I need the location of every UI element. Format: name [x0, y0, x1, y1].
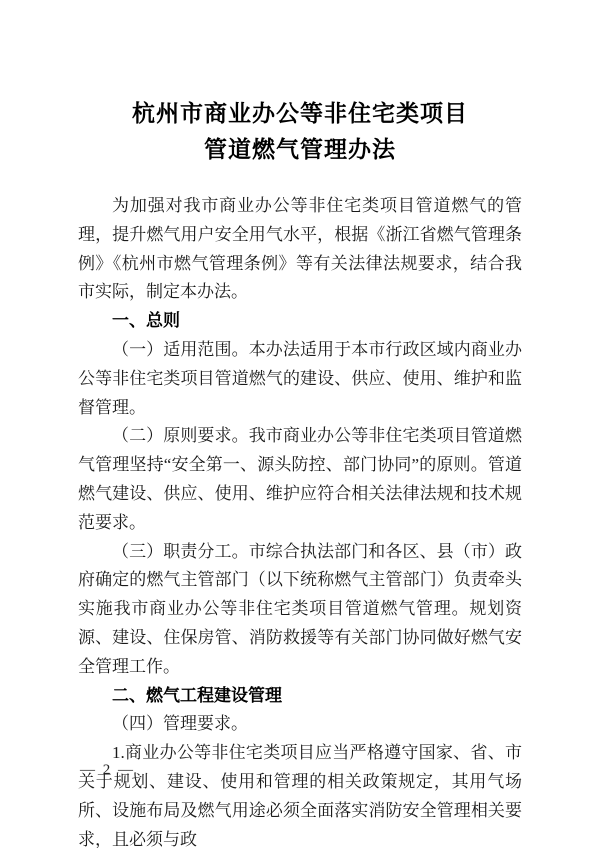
document-body: 为加强对我市商业办公等非住宅类项目管道燃气的管理，提升燃气用户安全用气水平，根据…: [78, 192, 522, 848]
paragraph-item-1: 1.商业办公等非住宅类项目应当严格遵守国家、省、市关于规划、建设、使用和管理的相…: [78, 739, 522, 848]
paragraph-management-requirements: （四）管理要求。: [78, 710, 522, 739]
document-title: 杭州市商业办公等非住宅类项目 管道燃气管理办法: [0, 0, 600, 168]
paragraph-preamble: 为加强对我市商业办公等非住宅类项目管道燃气的管理，提升燃气用户安全用气水平，根据…: [78, 192, 522, 307]
page-number: — 2 —: [80, 762, 135, 779]
section-heading-general-rules: 一、总则: [78, 307, 522, 336]
section-heading-construction-management: 二、燃气工程建设管理: [78, 682, 522, 711]
title-line-2: 管道燃气管理办法: [0, 132, 600, 168]
title-line-1: 杭州市商业办公等非住宅类项目: [0, 96, 600, 132]
paragraph-scope: （一）适用范围。本办法适用于本市行政区域内商业办公等非住宅类项目管道燃气的建设、…: [78, 336, 522, 422]
document-page: 杭州市商业办公等非住宅类项目 管道燃气管理办法 为加强对我市商业办公等非住宅类项…: [0, 0, 600, 848]
paragraph-duty-division: （三）职责分工。市综合执法部门和各区、县（市）政府确定的燃气主管部门（以下统称燃…: [78, 538, 522, 682]
paragraph-principles: （二）原则要求。我市商业办公等非住宅类项目管道燃气管理坚持“安全第一、源头防控、…: [78, 422, 522, 537]
